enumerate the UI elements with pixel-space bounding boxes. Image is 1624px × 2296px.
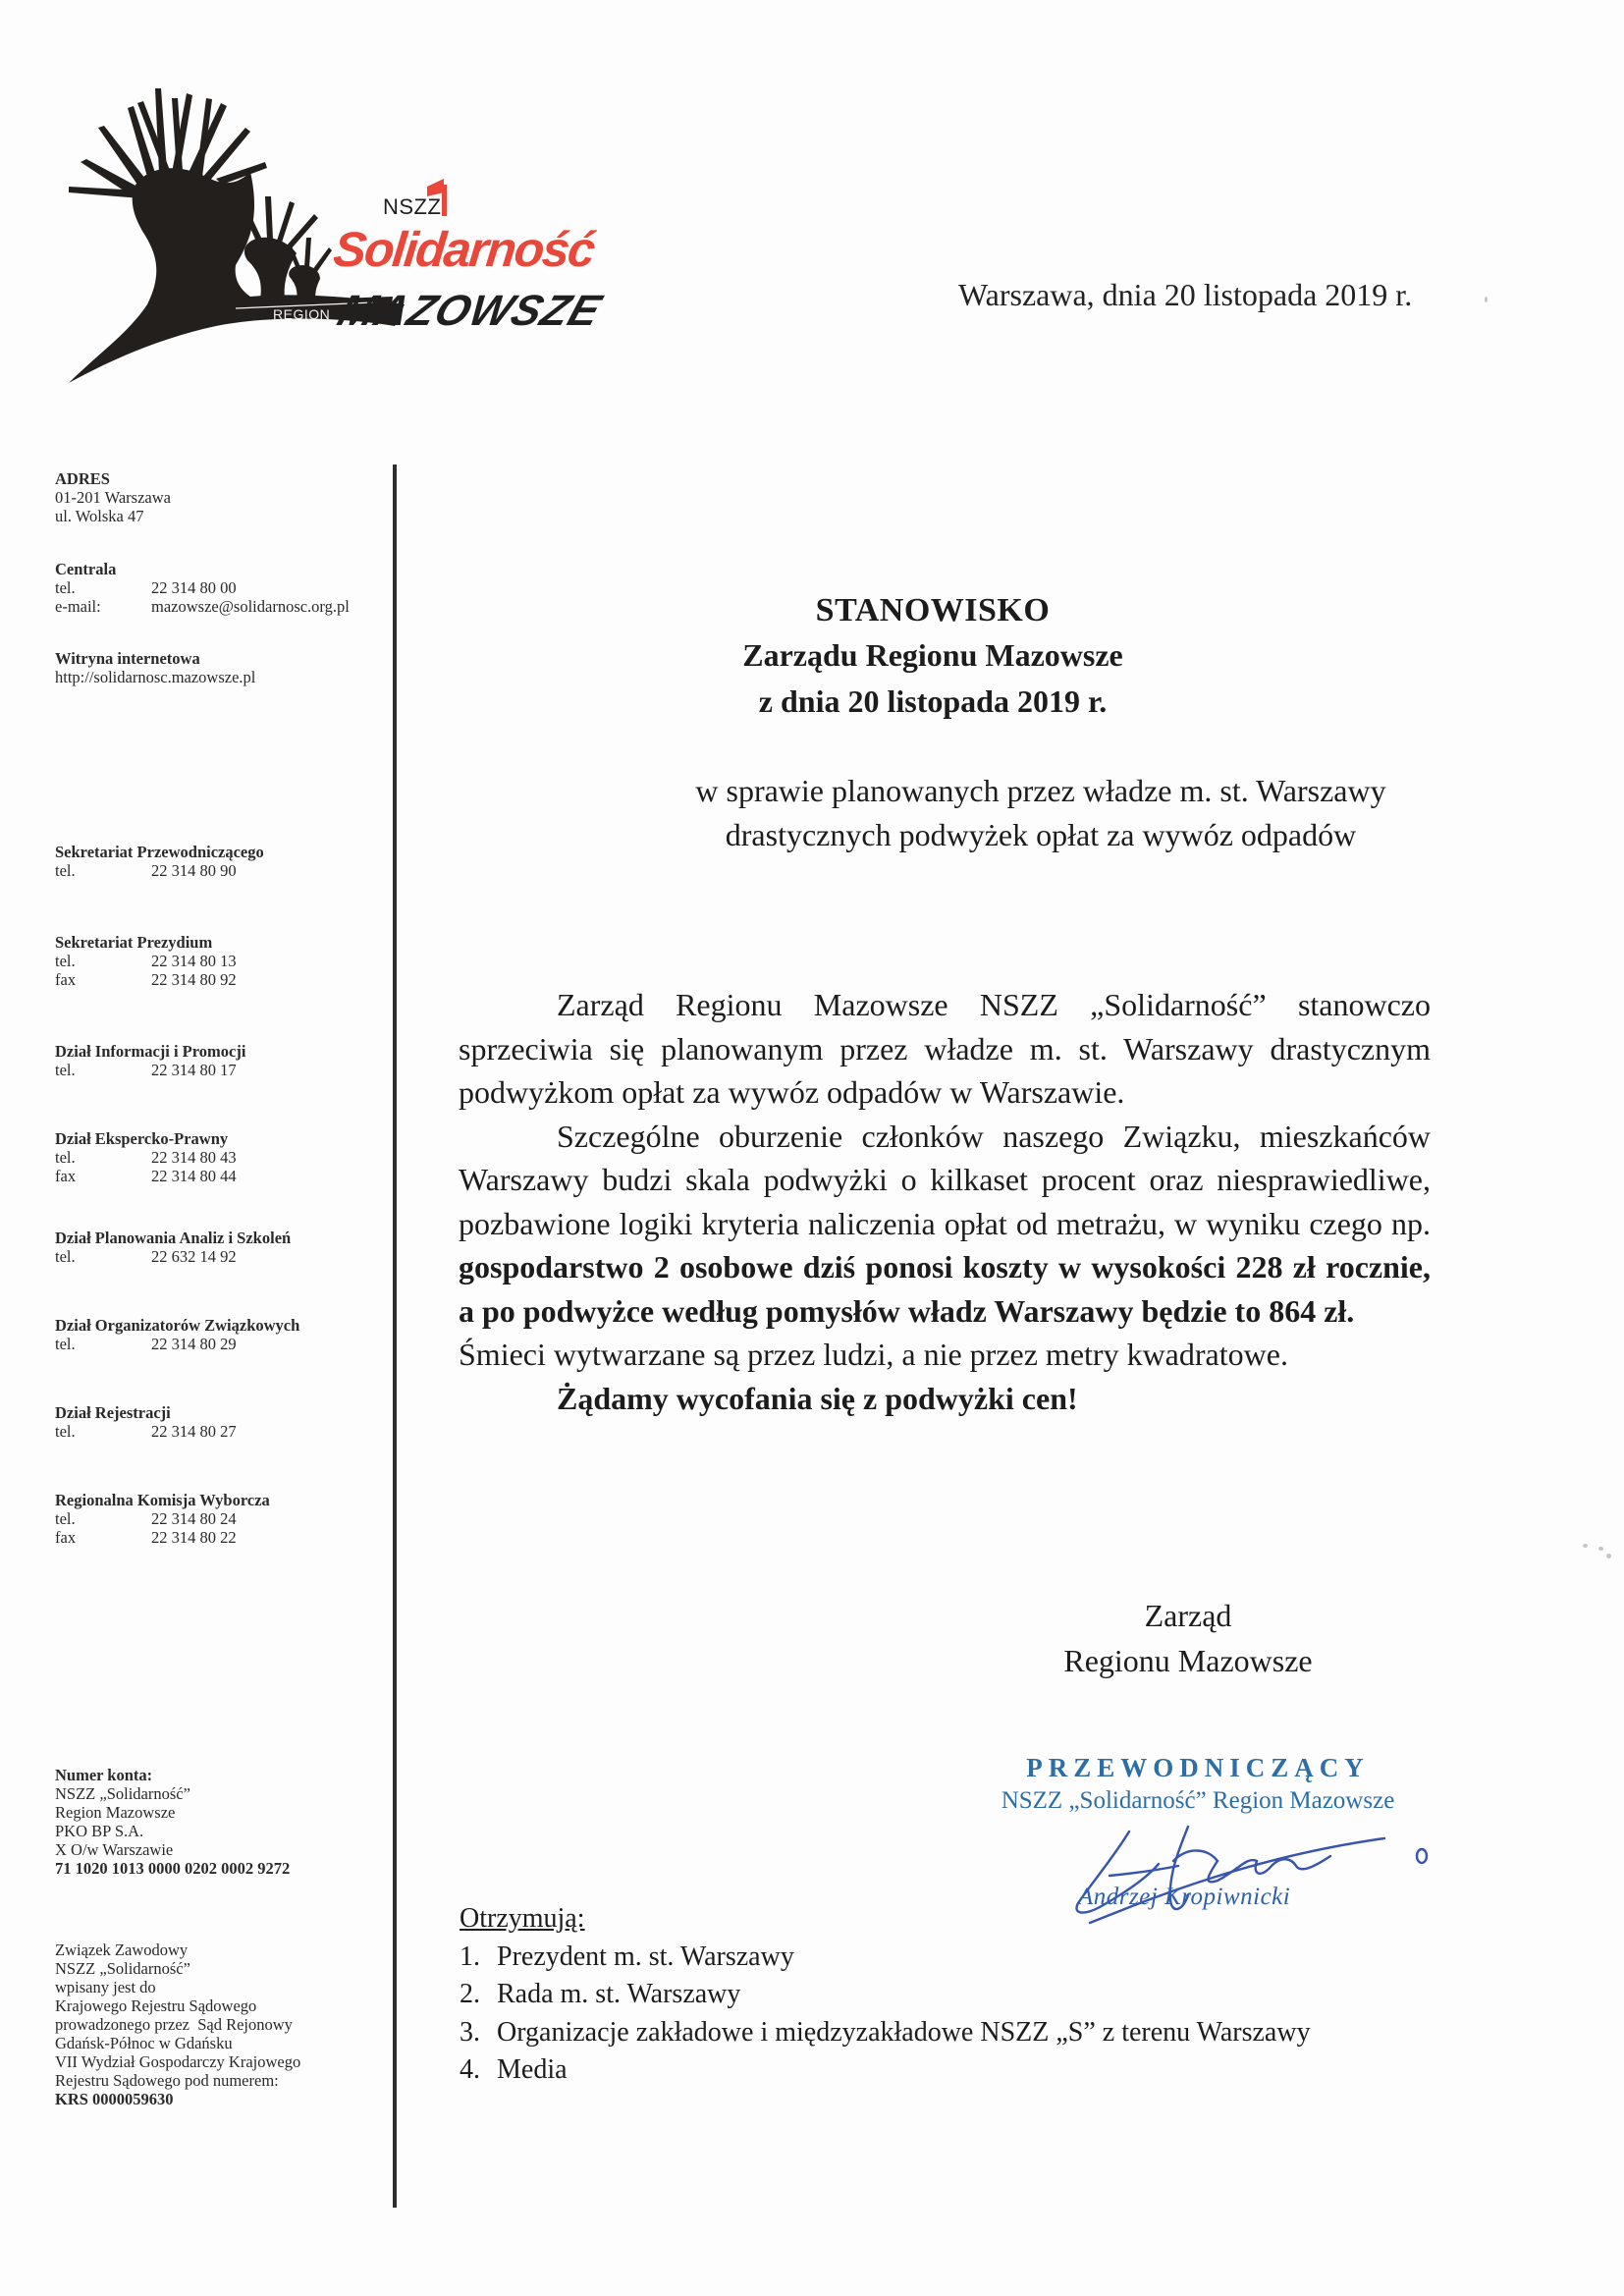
recipient-number: 3. xyxy=(460,2014,497,2052)
phone-number[interactable]: 22 314 80 90 xyxy=(151,861,237,880)
recipient-item: 4.Media xyxy=(460,2051,1311,2090)
body-paragraph: Śmieci wytwarzane są przez ludzi, a nie … xyxy=(459,1333,1431,1377)
department-item: Sekretariat Przewodniczącego tel.22 314 … xyxy=(55,843,389,880)
address-block: ADRES 01-201 Warszawa ul. Wolska 47 xyxy=(55,469,389,525)
registry-line: NSZZ „Solidarność” xyxy=(55,1959,389,1978)
fax-number[interactable]: 22 314 80 44 xyxy=(151,1167,237,1185)
website-heading: Witryna internetowa xyxy=(55,649,389,668)
recipient-name: Rada m. st. Warszawy xyxy=(497,1976,740,2014)
document-title-block: STANOWISKO Zarządu Regionu Mazowsze z dn… xyxy=(550,589,1316,725)
demand-statement: Żądamy wycofania się z podwyżki cen! xyxy=(459,1377,1431,1421)
recipients-heading: Otrzymują: xyxy=(460,1900,1311,1939)
bank-account-block: Numer konta: NSZZ „Solidarność” Region M… xyxy=(55,1766,389,1878)
phone-label: tel. xyxy=(55,1247,151,1266)
recipient-item: 3.Organizacje zakładowe i międzyzakładow… xyxy=(460,2014,1311,2052)
registry-line: Rejestru Sądowego pod numerem: xyxy=(55,2071,389,2090)
department-name: Dział Organizatorów Związkowych xyxy=(55,1316,389,1335)
address-line: 01-201 Warszawa xyxy=(55,488,389,507)
official-stamp: PRZEWODNICZĄCY NSZZ „Solidarność” Region… xyxy=(962,1753,1434,1815)
department-item: Dział Ekspercko-Prawny tel.22 314 80 43 … xyxy=(55,1129,389,1185)
fax-label: fax xyxy=(55,1167,151,1185)
central-email-row: e-mail: mazowsze@solidarnosc.org.pl xyxy=(55,597,389,616)
department-name: Regionalna Komisja Wyborcza xyxy=(55,1491,389,1509)
subject-line: w sprawie planowanych przez władze m. st… xyxy=(471,769,1610,813)
central-phone-row: tel. 22 314 80 00 xyxy=(55,578,389,597)
website-link[interactable]: http://solidarnosc.mazowsze.pl xyxy=(55,668,389,686)
sidebar-divider xyxy=(393,465,397,2208)
address-line: ul. Wolska 47 xyxy=(55,507,389,525)
logo-nszz-text: NSZZ xyxy=(383,194,441,220)
document-title: STANOWISKO xyxy=(550,589,1316,632)
department-item: Sekretariat Prezydium tel.22 314 80 13 f… xyxy=(55,933,389,989)
department-item: Dział Informacji i Promocji tel.22 314 8… xyxy=(55,1042,389,1079)
department-item: Dział Organizatorów Związkowych tel.22 3… xyxy=(55,1316,389,1353)
account-line: X O/w Warszawie xyxy=(55,1840,389,1859)
phone-label: tel. xyxy=(55,1509,151,1528)
document-body: Zarząd Regionu Mazowsze NSZZ „Solidarnoś… xyxy=(459,983,1431,1420)
logo-mazowsze-text: MAZOWSZE xyxy=(332,287,608,336)
recipient-name: Prezydent m. st. Warszawy xyxy=(497,1939,794,1977)
recipients-list: Otrzymują: 1.Prezydent m. st. Warszawy 2… xyxy=(460,1900,1311,2090)
recipient-number: 1. xyxy=(460,1939,497,1977)
registry-line: VII Wydział Gospodarczy Krajowego xyxy=(55,2052,389,2071)
department-name: Dział Rejestracji xyxy=(55,1403,389,1422)
department-name: Sekretariat Przewodniczącego xyxy=(55,843,389,861)
phone-number[interactable]: 22 314 80 43 xyxy=(151,1148,237,1167)
registry-line: prowadzonego przez Sąd Rejonowy xyxy=(55,2015,389,2034)
website-block: Witryna internetowa http://solidarnosc.m… xyxy=(55,649,389,686)
department-name: Sekretariat Prezydium xyxy=(55,933,389,952)
logo-solidarnosc-text: Solidarność xyxy=(331,221,596,278)
recipient-number: 4. xyxy=(460,2051,497,2090)
phone-label: tel. xyxy=(55,1061,151,1079)
body-paragraph: Zarząd Regionu Mazowsze NSZZ „Solidarnoś… xyxy=(459,983,1431,1115)
account-line: PKO BP S.A. xyxy=(55,1822,389,1840)
recipient-item: 1.Prezydent m. st. Warszawy xyxy=(460,1939,1311,1977)
document-issuer: Zarządu Regionu Mazowsze xyxy=(550,632,1316,679)
scan-speck xyxy=(1598,1547,1603,1551)
department-item: Regionalna Komisja Wyborcza tel.22 314 8… xyxy=(55,1491,389,1547)
document-subject: w sprawie planowanych przez władze m. st… xyxy=(471,769,1610,857)
address-heading: ADRES xyxy=(55,469,389,488)
phone-number[interactable]: 22 314 80 29 xyxy=(151,1335,237,1353)
krs-number: KRS 0000059630 xyxy=(55,2090,389,2108)
recipient-name: Media xyxy=(497,2051,568,2090)
logo-region-text: REGION xyxy=(273,306,330,322)
account-line: NSZZ „Solidarność” xyxy=(55,1784,389,1803)
email-label: e-mail: xyxy=(55,597,151,616)
phone-label: tel. xyxy=(55,578,151,597)
account-number: 71 1020 1013 0000 0202 0002 9272 xyxy=(55,1859,389,1878)
scan-speck xyxy=(1606,1554,1611,1558)
recipient-number: 2. xyxy=(460,1976,497,2014)
department-item: Dział Planowania Analiz i Szkoleń tel.22… xyxy=(55,1229,389,1266)
document-issue-date: z dnia 20 listopada 2019 r. xyxy=(550,679,1316,725)
department-name: Dział Planowania Analiz i Szkoleń xyxy=(55,1229,389,1247)
document-date: Warszawa, dnia 20 listopada 2019 r. xyxy=(958,277,1412,313)
phone-label: tel. xyxy=(55,861,151,880)
fax-label: fax xyxy=(55,1528,151,1547)
phone-label: tel. xyxy=(55,952,151,970)
phone-number[interactable]: 22 314 80 13 xyxy=(151,952,237,970)
central-block: Centrala tel. 22 314 80 00 e-mail: mazow… xyxy=(55,560,389,616)
registry-line: wpisany jest do xyxy=(55,1978,389,1996)
phone-number[interactable]: 22 314 80 24 xyxy=(151,1509,237,1528)
phone-label: tel. xyxy=(55,1422,151,1441)
email-address[interactable]: mazowsze@solidarnosc.org.pl xyxy=(151,597,350,616)
department-item: Dział Rejestracji tel.22 314 80 27 xyxy=(55,1403,389,1441)
recipient-item: 2.Rada m. st. Warszawy xyxy=(460,1976,1311,2014)
subject-line: drastycznych podwyżek opłat za wywóz odp… xyxy=(471,813,1610,857)
recipient-name: Organizacje zakładowe i międzyzakładowe … xyxy=(497,2014,1311,2052)
body-paragraph-text: Szczególne oburzenie członków naszego Zw… xyxy=(459,1119,1431,1241)
body-paragraph: Szczególne oburzenie członków naszego Zw… xyxy=(459,1115,1431,1334)
phone-label: tel. xyxy=(55,1148,151,1167)
fax-label: fax xyxy=(55,970,151,989)
body-paragraph-emphasis: gospodarstwo 2 osobowe dziś ponosi koszt… xyxy=(459,1249,1431,1329)
phone-number[interactable]: 22 314 80 27 xyxy=(151,1422,237,1441)
account-line: Region Mazowsze xyxy=(55,1803,389,1822)
closing-line: Zarząd xyxy=(982,1593,1394,1638)
phone-number[interactable]: 22 314 80 00 xyxy=(151,578,237,597)
fax-number[interactable]: 22 314 80 22 xyxy=(151,1528,237,1547)
registry-line: Gdańsk-Północ w Gdańsku xyxy=(55,2034,389,2052)
central-heading: Centrala xyxy=(55,560,389,578)
account-heading: Numer konta: xyxy=(55,1766,389,1784)
scan-speck xyxy=(1583,1544,1588,1548)
fax-number[interactable]: 22 314 80 92 xyxy=(151,970,237,989)
phone-number[interactable]: 22 314 80 17 xyxy=(151,1061,237,1079)
organization-logo: NSZZ Solidarność REGION MAZOWSZE xyxy=(39,69,648,403)
registry-block: Związek Zawodowy NSZZ „Solidarność” wpis… xyxy=(55,1941,389,2108)
registry-line: Związek Zawodowy xyxy=(55,1941,389,1959)
phone-label: tel. xyxy=(55,1335,151,1353)
stamp-title: PRZEWODNICZĄCY xyxy=(962,1753,1434,1783)
scan-speck xyxy=(1485,297,1488,302)
department-name: Dział Informacji i Promocji xyxy=(55,1042,389,1061)
phone-number[interactable]: 22 632 14 92 xyxy=(151,1247,237,1266)
registry-line: Krajowego Rejestru Sądowego xyxy=(55,1996,389,2015)
closing-signature-block: Zarząd Regionu Mazowsze xyxy=(982,1593,1394,1683)
closing-line: Regionu Mazowsze xyxy=(982,1638,1394,1683)
stamp-organization: NSZZ „Solidarność” Region Mazowsze xyxy=(962,1787,1434,1815)
department-name: Dział Ekspercko-Prawny xyxy=(55,1129,389,1148)
